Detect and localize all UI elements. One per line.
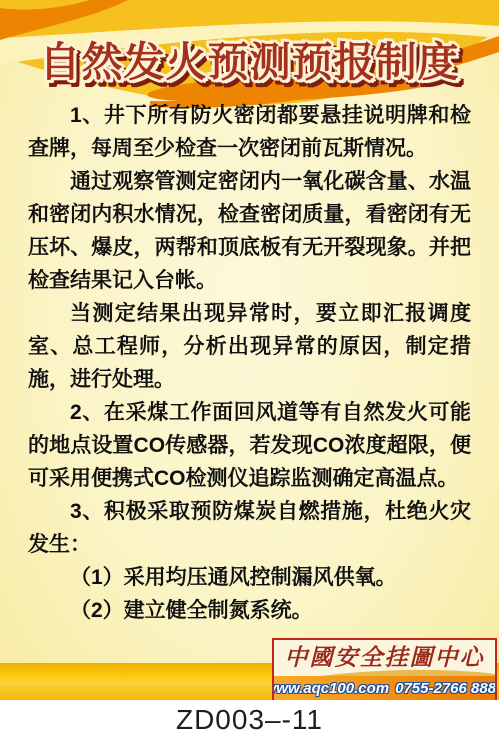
- publisher-contact-band: www.aqc100.com 0755-2766 8885: [274, 676, 495, 701]
- body-paragraph: 3、积极采取预防煤炭自燃措施，杜绝火灾发生：: [28, 495, 471, 561]
- code-strip: ZD003–-11: [0, 700, 499, 740]
- publisher-website: www.aqc100.com: [272, 680, 389, 697]
- body-paragraph: 当测定结果出现异常时，要立即汇报调度室、总工程师，分析出现异常的原因，制定措施，…: [28, 297, 471, 396]
- body-paragraph: 1、井下所有防火密闭都要悬挂说明牌和检查牌，每周至少检查一次密闭前瓦斯情况。: [28, 99, 471, 165]
- body-subitem: （2）建立健全制氮系统。: [28, 594, 471, 627]
- regulation-text-block: 1、井下所有防火密闭都要悬挂说明牌和检查牌，每周至少检查一次密闭前瓦斯情况。 通…: [0, 99, 499, 627]
- publisher-logo-box: 中國安全挂圖中心 www.aqc100.com 0755-2766 8885: [272, 638, 497, 703]
- body-subitem: （1）采用均压通风控制漏风供氧。: [28, 561, 471, 594]
- publisher-phone: 0755-2766 8885: [395, 680, 497, 697]
- body-paragraph: 2、在采煤工作面回风道等有自然发火可能的地点设置CO传感器，若发现CO浓度超限，…: [28, 396, 471, 495]
- poster-title: 自然发火预测预报制度 自然发火预测预报制度 自然发火预测预报制度: [0, 34, 499, 94]
- catalogue-code: ZD003–-11: [176, 704, 323, 736]
- body-paragraph: 通过观察管测定密闭内一氧化碳含量、水温和密闭内积水情况，检查密闭质量，看密闭有无…: [28, 165, 471, 297]
- poster-title-text: 自然发火预测预报制度: [0, 34, 499, 90]
- publisher-name: 中國安全挂圖中心: [274, 641, 495, 675]
- safety-poster: 自然发火预测预报制度 自然发火预测预报制度 自然发火预测预报制度 1、井下所有防…: [0, 0, 499, 740]
